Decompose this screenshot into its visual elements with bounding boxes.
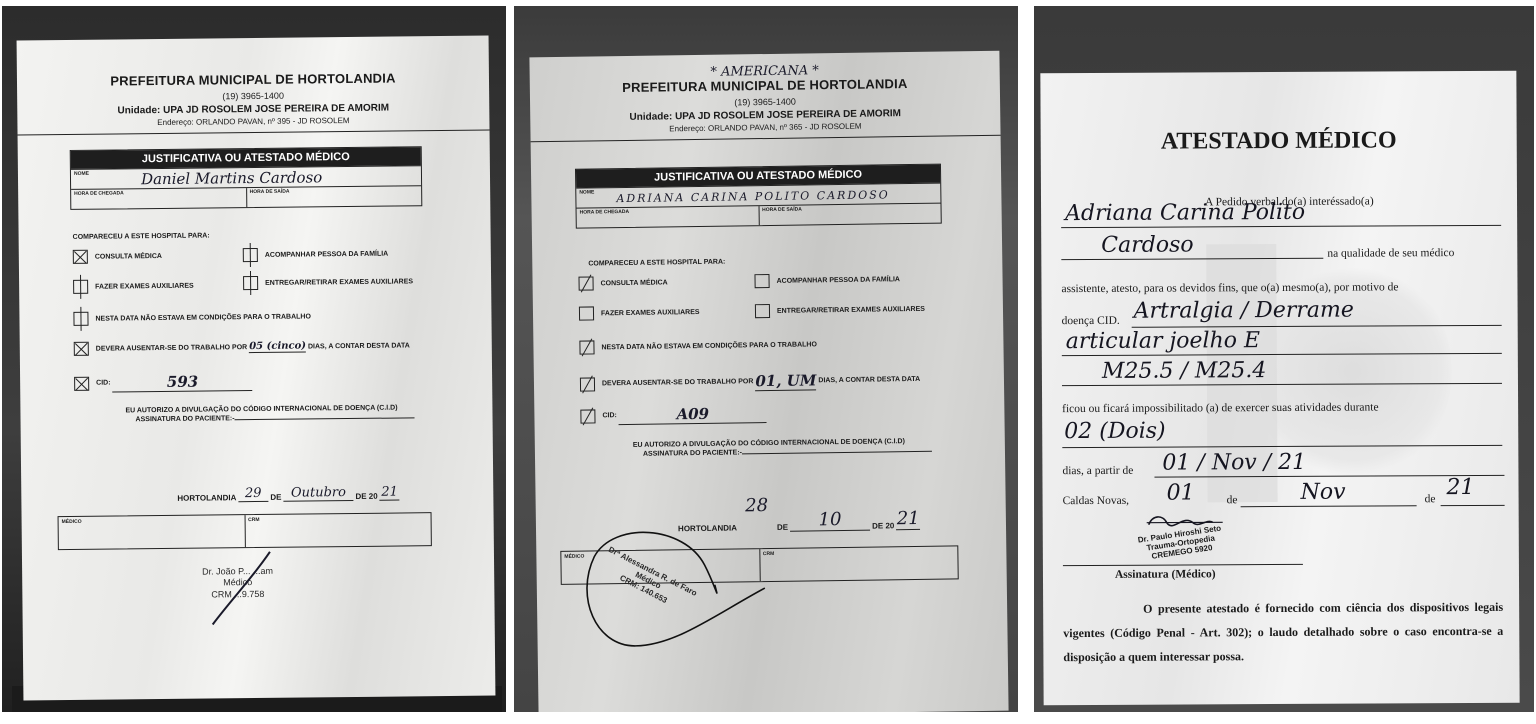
header-org: PREFEITURA MUNICIPAL DE HORTOLANDIA (17, 70, 489, 90)
cid-value: A09 (619, 404, 767, 425)
date-month: Nov (1300, 480, 1345, 505)
patient-name-line2: Cardoso (1101, 232, 1193, 257)
checkbox-empty (579, 306, 594, 320)
time-row: HORA DE CHEGADA HORA DE SAÍDA (577, 203, 941, 228)
authorization-text: EU AUTORIZO A DIVULGAÇÃO DO CÓDIGO INTER… (125, 404, 414, 423)
patient-name-line1: Adriana Carina Polito (1065, 200, 1305, 226)
departure-label: HORA DE SAÍDA (762, 207, 802, 214)
option-entregar: ENTREGAR/RETIRAR EXAMES AUXILIARES (243, 274, 413, 290)
cid-value: 593 (112, 372, 252, 392)
checkbox-struck (243, 276, 258, 290)
option-entregar: ENTREGAR/RETIRAR EXAMES AUXILIARES (755, 302, 925, 318)
checkbox-struck (73, 312, 88, 326)
arrival-label: HORA DE CHEGADA (580, 209, 630, 216)
cid-line3: M25.5 / M25.4 (1102, 358, 1267, 384)
document-photo-2: * AMERICANA * PREFEITURA MUNICIPAL DE HO… (514, 6, 1018, 712)
document-header: PREFEITURA MUNICIPAL DE HORTOLANDIA (19)… (17, 70, 490, 136)
days-value: 02 (Dois) (1064, 419, 1166, 445)
checkbox-struck (73, 280, 88, 294)
date-year: 21 (1446, 475, 1474, 500)
checkbox-checked (74, 342, 89, 356)
authorization-text: EU AUTORIZO A DIVULGAÇÃO DO CÓDIGO INTER… (633, 438, 932, 458)
qualidade-text: na qualidade de seu médico (1327, 247, 1454, 260)
cid-line2: articular joelho E (1066, 328, 1260, 354)
cid-line1: Artralgia / Derrame (1134, 298, 1354, 324)
checkbox-empty (754, 274, 769, 288)
option-cid: CID:593 (74, 372, 255, 393)
checkbox-struck (243, 248, 258, 262)
signature-stroke (192, 548, 283, 629)
days-value: 01, UM (755, 371, 816, 391)
issue-date: HORTOLANDIA 29 DE Outubro DE 20 21 (177, 484, 401, 502)
document-page: ATESTADO MÉDICO A Pedido verbal do(a) in… (1040, 71, 1519, 705)
option-exames: FAZER EXAMES AUXILIARES (73, 279, 194, 294)
patient-info-box: JUSTIFICATIVA OU ATESTADO MÉDICO NOME AD… (575, 164, 942, 229)
departure-label: HORA DE SAÍDA (250, 189, 290, 195)
checkbox-checked (580, 377, 595, 391)
patient-info-box: JUSTIFICATIVA OU ATESTADO MÉDICO NOME Da… (70, 146, 423, 210)
option-cid: CID:A09 (580, 404, 769, 426)
watermark (1251, 261, 1452, 482)
option-nesta-data: NESTA DATA NÃO ESTAVA EM CONDIÇÕES PARA … (579, 337, 817, 354)
divider (18, 130, 490, 136)
option-acompanhar: ACOMPANHAR PESSOA DA FAMÍLIA (754, 272, 900, 288)
option-acompanhar: ACOMPANHAR PESSOA DA FAMÍLIA (243, 247, 389, 263)
doctor-box: MÉDICO CRM (58, 512, 432, 550)
time-row: HORA DE CHEGADA HORA DE SAÍDA (71, 185, 421, 209)
document-photo-3: ATESTADO MÉDICO A Pedido verbal do(a) in… (1034, 6, 1534, 712)
name-label: NOME (579, 189, 594, 195)
atesto-text: assistente, atesto, para os devidos fins… (1061, 281, 1398, 295)
option-nesta-data: NESTA DATA NÃO ESTAVA EM CONDIÇÕES PARA … (73, 309, 311, 325)
option-ausentar: DEVERA AUSENTAR-SE DO TRABALHO POR05 (ci… (74, 338, 410, 356)
signature-loop (564, 514, 796, 657)
option-ausentar: DEVERA AUSENTAR-SE DO TRABALHO POR01, UM… (580, 370, 920, 394)
header-phone: (19) 3965-1400 (17, 89, 489, 104)
document-header: PREFEITURA MUNICIPAL DE HORTOLANDIA (19)… (530, 75, 1001, 143)
option-exames: FAZER EXAMES AUXILIARES (579, 305, 700, 321)
arrival-label: HORA DE CHEGADA (74, 190, 124, 197)
option-consulta: CONSULTA MÉDICA (578, 275, 667, 290)
legal-footer: O presente atestado é fornecido com ciên… (1063, 595, 1503, 669)
start-date: 01 / Nov / 21 (1162, 450, 1306, 476)
city-label: Caldas Novas, (1063, 495, 1129, 507)
option-consulta: CONSULTA MÉDICA (73, 249, 162, 264)
page-title: ATESTADO MÉDICO (1041, 127, 1517, 156)
ficou-text: ficou ou ficará impossibilitado (a) de e… (1062, 401, 1379, 415)
section-label: COMPARECEU A ESTE HOSPITAL PARA: (588, 259, 725, 268)
checkbox-checked (580, 409, 595, 423)
document-page: * AMERICANA * PREFEITURA MUNICIPAL DE HO… (529, 51, 1008, 712)
checkbox-checked (74, 376, 89, 390)
checkbox-checked (73, 250, 88, 264)
divider (531, 135, 1001, 143)
doctor-label: MÉDICO (62, 519, 82, 525)
document-photo-1: PREFEITURA MUNICIPAL DE HORTOLANDIA (19)… (2, 6, 506, 712)
checkbox-checked (579, 340, 594, 354)
cid-label: doença CID. (1062, 315, 1120, 327)
patient-name: ADRIANA CARINA POLITO CARDOSO (616, 188, 890, 205)
patient-name: Daniel Martins Cardoso (141, 168, 322, 188)
signature-label: Assinatura (Médico) (1115, 568, 1216, 581)
section-label: COMPARECEU A ESTE HOSPITAL PARA: (73, 232, 210, 240)
document-page: PREFEITURA MUNICIPAL DE HORTOLANDIA (19)… (17, 36, 496, 701)
days-value: 05 (cinco) (249, 340, 306, 353)
checkbox-empty (755, 304, 770, 318)
dias-label: dias, a partir de (1062, 465, 1133, 477)
signature-scribble (1143, 508, 1233, 538)
name-label: NOME (74, 171, 89, 177)
date-day: 01 (1166, 480, 1194, 505)
crm-label: CRM (248, 517, 259, 523)
checkbox-checked (578, 276, 593, 290)
